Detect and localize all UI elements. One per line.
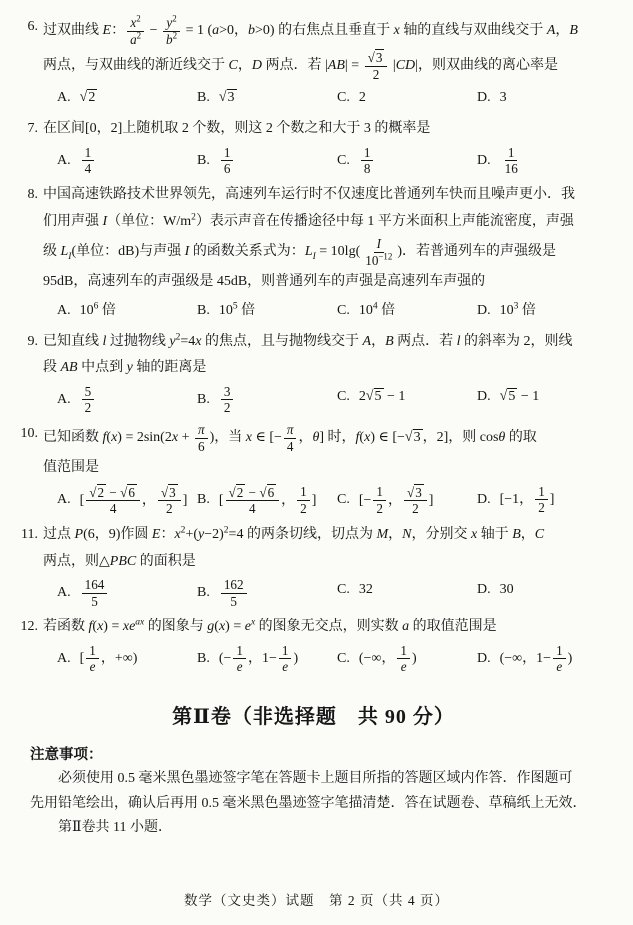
fraction: I10−12 xyxy=(362,236,395,268)
option: B.1625 xyxy=(197,576,337,610)
math-var: B xyxy=(512,527,521,542)
radical-sign: √ xyxy=(368,50,375,66)
math-var: θ xyxy=(498,430,505,445)
option: C.18 xyxy=(337,144,477,178)
option: C.[−12，√32] xyxy=(337,483,477,518)
fraction-numerator: 1 xyxy=(373,484,386,501)
question: 11.过点 P(6，9)作圆 E：x2+(y−2)2=4 的两条切线，切点为 M… xyxy=(10,522,617,610)
math-var: f xyxy=(356,430,360,445)
option-label: C. xyxy=(337,153,350,168)
math-var: N xyxy=(402,527,411,542)
radicand: 3 xyxy=(227,89,237,107)
fraction-numerator: 164 xyxy=(82,577,108,594)
superscript: 2 xyxy=(191,212,196,222)
fraction-denominator: 2 xyxy=(373,501,386,517)
question-number: 9. xyxy=(10,329,43,417)
option: B.[√2 − √64，12] xyxy=(197,483,337,518)
question-line: 中国高速铁路技术世界领先，高速列车运行时不仅速度比普通列车快而且噪声更小．我 xyxy=(43,182,617,209)
option-label: C. xyxy=(337,651,350,666)
fraction-numerator: √2 − √6 xyxy=(226,484,280,502)
radical-sign: √ xyxy=(500,382,508,411)
question-line: 95dB，高速列车的声强级是 45dB，则普通列车的声强是高速列车声强的 xyxy=(43,269,617,296)
option-label: D. xyxy=(477,582,491,597)
fraction: 32 xyxy=(221,384,234,416)
math-var: b xyxy=(166,32,173,47)
radical-sign: √ xyxy=(259,484,266,500)
radical-sign: √ xyxy=(229,484,236,500)
radicand: 5 xyxy=(374,388,384,406)
option-label: A. xyxy=(57,585,71,600)
fraction-denominator: e xyxy=(553,659,565,675)
math-var: I xyxy=(185,244,190,259)
option-label: D. xyxy=(477,90,491,105)
fraction-denominator: 4 xyxy=(284,439,297,455)
math-var: AB xyxy=(61,360,78,375)
math-var: ax xyxy=(135,617,144,627)
question-body: 在区间[0，2]上随机取 2 个数，则这 2 个数之和大于 3 的概率是A.14… xyxy=(43,116,617,178)
option: D.116 xyxy=(477,144,617,178)
question-number: 8. xyxy=(10,182,43,325)
option-label: B. xyxy=(197,392,210,407)
question-line: 段 AB 中点到 y 轴的距离是 xyxy=(43,355,617,382)
option: D.103 倍 xyxy=(477,297,617,325)
exam-page: 6.过双曲线 E：x2a2 − y2b2 = 1 (a>0，b>0) 的右焦点且… xyxy=(0,0,633,925)
radicand: 2 xyxy=(87,89,97,107)
square-root: √6 xyxy=(259,484,276,501)
options-row: A.[1e，+∞)B.(−1e，1−1e)C.(−∞，1e)D.(−∞，1−1e… xyxy=(43,642,617,676)
square-root: √5 xyxy=(500,383,518,411)
option: C.(−∞，1e) xyxy=(337,642,477,676)
math-var: AB xyxy=(328,58,345,73)
math-var: C xyxy=(229,58,238,73)
radical-sign: √ xyxy=(366,382,374,411)
option-label: B. xyxy=(197,90,210,105)
fraction-numerator: π xyxy=(284,422,297,439)
math-var: x xyxy=(394,23,400,38)
option: A.1645 xyxy=(57,576,197,610)
fraction-numerator: 1 xyxy=(233,643,246,660)
question-number: 10. xyxy=(10,421,43,518)
fraction-numerator: 162 xyxy=(221,577,247,594)
fraction: 1e xyxy=(397,643,410,675)
option: D.√5 − 1 xyxy=(477,383,617,417)
option: C.2 xyxy=(337,84,477,112)
option: C.2√5 − 1 xyxy=(337,383,477,417)
math-var: E xyxy=(103,23,112,38)
fraction-numerator: 1 xyxy=(505,145,518,162)
fraction: π4 xyxy=(284,422,297,454)
question-line: 过点 P(6，9)作圆 E：x2+(y−2)2=4 的两条切线，切点为 M，N，… xyxy=(43,522,617,549)
option: A.106 倍 xyxy=(57,297,197,325)
superscript: 2 xyxy=(137,30,141,40)
radicand: 2 xyxy=(97,484,107,501)
option: B.√3 xyxy=(197,84,337,112)
superscript: 2 xyxy=(181,525,186,535)
option-label: B. xyxy=(197,153,210,168)
math-var: b xyxy=(248,23,255,38)
fraction-denominator: 2 xyxy=(82,400,95,416)
superscript: 5 xyxy=(233,301,238,311)
square-root: √5 xyxy=(366,383,384,411)
superscript: 2 xyxy=(176,332,181,342)
option: A.√2 xyxy=(57,84,197,112)
fraction-numerator: 1 xyxy=(397,643,410,660)
question-body: 过点 P(6，9)作圆 E：x2+(y−2)2=4 的两条切线，切点为 M，N，… xyxy=(43,522,617,610)
math-var: x xyxy=(219,619,225,634)
option: A.[1e，+∞) xyxy=(57,642,197,676)
radical-sign: √ xyxy=(161,484,168,500)
math-var: π xyxy=(287,422,294,437)
fraction-denominator: 2 xyxy=(297,501,310,517)
math-var: x xyxy=(471,527,477,542)
fraction-numerator: x2 xyxy=(127,15,143,32)
radicand: 3 xyxy=(375,49,385,66)
notices: 注意事项： 必须使用 0.5 毫米黑色墨迹签字笔在答题卡上题目所指的答题区域内作… xyxy=(10,743,617,841)
math-var: E xyxy=(152,527,161,542)
square-root: √3 xyxy=(405,425,423,452)
question: 7.在区间[0，2]上随机取 2 个数，则这 2 个数之和大于 3 的概率是A.… xyxy=(10,116,617,178)
fraction-numerator: 1 xyxy=(535,484,548,501)
math-var: e xyxy=(556,659,562,674)
option-label: C. xyxy=(337,389,350,404)
square-root: √6 xyxy=(120,484,137,501)
superscript: 2 xyxy=(136,14,140,24)
fraction-numerator: 1 xyxy=(361,145,374,162)
superscript: x xyxy=(251,617,255,627)
fraction-numerator: 1 xyxy=(86,643,99,660)
radicand: 3 xyxy=(413,429,423,447)
fraction-denominator: 5 xyxy=(227,594,240,610)
radical-sign: √ xyxy=(407,484,414,500)
math-var: e xyxy=(90,659,96,674)
math-var: P xyxy=(75,527,84,542)
superscript: −12 xyxy=(378,251,392,261)
fraction-denominator: 8 xyxy=(361,161,374,177)
math-var: θ xyxy=(312,430,319,445)
fraction-denominator: 16 xyxy=(502,161,521,177)
option-label: B. xyxy=(197,585,210,600)
square-root: √2 xyxy=(89,484,106,501)
radicand: 2 xyxy=(236,484,246,501)
fraction-denominator: e xyxy=(87,659,99,675)
radicand: 3 xyxy=(168,484,178,501)
fraction-denominator: 2 xyxy=(370,67,383,83)
fraction: π6 xyxy=(195,422,208,454)
fraction-denominator: 2 xyxy=(409,501,422,517)
math-var: f xyxy=(89,619,93,634)
fraction: 1e xyxy=(553,643,566,675)
math-var: B xyxy=(385,334,394,349)
subscript: I xyxy=(68,252,71,262)
math-var: x xyxy=(111,430,117,445)
fraction: 1625 xyxy=(221,577,247,609)
radical-sign: √ xyxy=(405,425,413,453)
square-root: √3 xyxy=(161,484,178,501)
math-var: x xyxy=(97,619,103,634)
option-label: A. xyxy=(57,492,71,507)
options-row: A.52B.32C.2√5 − 1D.√5 − 1 xyxy=(43,383,617,417)
math-var: e xyxy=(282,659,288,674)
fraction: √32 xyxy=(365,49,388,82)
fraction-denominator: 2 xyxy=(221,400,234,416)
square-root: √2 xyxy=(80,84,98,112)
math-var: x xyxy=(251,617,255,627)
option-label: A. xyxy=(57,303,71,318)
radical-sign: √ xyxy=(219,84,227,113)
options-row: A.[√2 − √64，√32]B.[√2 − √64，12]C.[−12，√3… xyxy=(43,483,617,518)
notice-title: 注意事项： xyxy=(30,743,611,768)
math-var: x xyxy=(364,430,370,445)
fraction: 12 xyxy=(297,484,310,516)
fraction: 1e xyxy=(233,643,246,675)
math-var: a xyxy=(130,32,137,47)
question: 10.已知函数 f(x) = 2sin(2x + π6)，当 x ∈ [−π4，… xyxy=(10,421,617,518)
question-number: 6. xyxy=(10,14,43,112)
fraction: √2 − √64 xyxy=(226,484,280,517)
math-var: C xyxy=(535,527,544,542)
notice-line: 第Ⅱ卷共 11 小题． xyxy=(30,816,611,841)
fraction: √2 − √64 xyxy=(86,484,140,517)
math-var: M xyxy=(376,527,388,542)
fraction-numerator: 3 xyxy=(221,384,234,401)
math-var: y xyxy=(127,360,133,375)
fraction: 116 xyxy=(502,145,521,177)
options-row: A.14B.16C.18D.116 xyxy=(43,144,617,178)
question-number: 7. xyxy=(10,116,43,178)
math-var: B xyxy=(569,23,578,38)
math-var: x xyxy=(246,430,252,445)
fraction-denominator: e xyxy=(234,659,246,675)
fraction-numerator: √3 xyxy=(404,484,427,502)
fraction-numerator: √3 xyxy=(365,49,388,67)
math-var: I xyxy=(377,236,381,251)
question-line: 在区间[0，2]上随机取 2 个数，则这 2 个数之和大于 3 的概率是 xyxy=(43,116,617,143)
superscript: 3 xyxy=(514,301,519,311)
fraction-numerator: I xyxy=(374,236,384,253)
question-number: 12. xyxy=(10,614,43,676)
option: C.104 倍 xyxy=(337,297,477,325)
math-var: x xyxy=(195,334,201,349)
option: B.16 xyxy=(197,144,337,178)
fraction-numerator: 1 xyxy=(221,145,234,162)
square-root: √3 xyxy=(368,49,385,66)
radical-sign: √ xyxy=(80,84,88,113)
option: B.32 xyxy=(197,383,337,417)
option-label: A. xyxy=(57,392,71,407)
fraction-denominator: 6 xyxy=(221,161,234,177)
fraction-numerator: √3 xyxy=(158,484,181,502)
option-label: A. xyxy=(57,90,71,105)
fraction-denominator: 2 xyxy=(163,501,176,517)
fraction-denominator: 2 xyxy=(535,500,548,516)
square-root: √2 xyxy=(229,484,246,501)
fraction-denominator: 5 xyxy=(88,594,101,610)
options-row: A.√2B.√3C.2D.3 xyxy=(43,84,617,112)
fraction: √32 xyxy=(158,484,181,517)
option: B.105 倍 xyxy=(197,297,337,325)
superscript: 2 xyxy=(173,30,177,40)
fraction-numerator: 1 xyxy=(297,484,310,501)
fraction: 1e xyxy=(279,643,292,675)
math-var: x xyxy=(172,430,178,445)
fraction-numerator: y2 xyxy=(163,15,179,32)
superscript: 2 xyxy=(172,14,176,24)
superscript: 4 xyxy=(373,301,378,311)
question-line: 若函数 f(x) = xeax 的图象与 g(x) = ex 的图象无交点，则实… xyxy=(43,614,617,641)
question-line: 级 LI(单位：dB)与声强 I 的函数关系式为：LI = 10lg(I10−1… xyxy=(43,235,617,269)
radical-sign: √ xyxy=(120,484,127,500)
math-var: A xyxy=(547,23,556,38)
fraction-denominator: 4 xyxy=(82,161,95,177)
option-label: B. xyxy=(197,651,210,666)
option-label: C. xyxy=(337,90,350,105)
option: B.(−1e，1−1e) xyxy=(197,642,337,676)
radicand: 3 xyxy=(414,484,424,501)
question: 12.若函数 f(x) = xeax 的图象与 g(x) = ex 的图象无交点… xyxy=(10,614,617,676)
math-var: I xyxy=(103,214,108,229)
questions: 6.过双曲线 E：x2a2 − y2b2 = 1 (a>0，b>0) 的右焦点且… xyxy=(10,14,617,676)
option-label: C. xyxy=(337,492,350,507)
fraction-numerator: 5 xyxy=(82,384,95,401)
option-label: D. xyxy=(477,303,491,318)
question-line: 过双曲线 E：x2a2 − y2b2 = 1 (a>0，b>0) 的右焦点且垂直… xyxy=(43,14,617,48)
fraction-numerator: √2 − √6 xyxy=(86,484,140,502)
question-body: 过双曲线 E：x2a2 − y2b2 = 1 (a>0，b>0) 的右焦点且垂直… xyxy=(43,14,617,112)
math-var: l xyxy=(457,334,461,349)
fraction: 52 xyxy=(82,384,95,416)
question-body: 已知直线 l 过抛物线 y2=4x 的焦点，且与抛物线交于 A，B 两点．若 l… xyxy=(43,329,617,417)
notice-line: 先用铅笔绘出，确认后再用 0.5 毫米黑色墨迹签字笔描清楚．答在试题卷、草稿纸上… xyxy=(30,792,611,817)
fraction: x2a2 xyxy=(127,15,144,47)
notice-line: 必须使用 0.5 毫米黑色墨迹签字笔在答题卡上题目所指的答题区域内作答．作图题可 xyxy=(30,767,611,792)
math-var: I xyxy=(313,252,316,262)
question-line: 们用声强 I（单位：W/m2）表示声音在传播途径中每 1 平方米面积上声能流密度… xyxy=(43,209,617,236)
superscript: 2 xyxy=(224,525,229,535)
math-var: y xyxy=(198,527,204,542)
radicand: 5 xyxy=(507,388,517,406)
fraction: 18 xyxy=(361,145,374,177)
fraction-numerator: 1 xyxy=(82,145,95,162)
question-line: 已知直线 l 过抛物线 y2=4x 的焦点，且与抛物线交于 A，B 两点．若 l… xyxy=(43,329,617,356)
option: D.[−1，12] xyxy=(477,483,617,518)
question-body: 中国高速铁路技术世界领先，高速列车运行时不仅速度比普通列车快而且噪声更小．我们用… xyxy=(43,182,617,325)
option: D.30 xyxy=(477,576,617,610)
question-line: 两点，则△PBC 的面积是 xyxy=(43,549,617,576)
math-var: e xyxy=(401,659,407,674)
fraction: √32 xyxy=(404,484,427,517)
notice-lines: 必须使用 0.5 毫米黑色墨迹签字笔在答题卡上题目所指的答题区域内作答．作图题可… xyxy=(30,767,611,841)
square-root: √3 xyxy=(219,84,237,112)
option-label: C. xyxy=(337,582,350,597)
math-var: π xyxy=(198,422,205,437)
fraction-denominator: 4 xyxy=(107,501,120,517)
fraction-denominator: e xyxy=(398,659,410,675)
question: 6.过双曲线 E：x2a2 − y2b2 = 1 (a>0，b>0) 的右焦点且… xyxy=(10,14,617,112)
math-var: CD xyxy=(396,58,415,73)
options-row: A.106 倍B.105 倍C.104 倍D.103 倍 xyxy=(43,297,617,325)
options-row: A.1645B.1625C.32D.30 xyxy=(43,576,617,610)
option-label: D. xyxy=(477,651,491,666)
fraction: 12 xyxy=(535,484,548,516)
subscript: I xyxy=(313,252,316,262)
math-var: PBC xyxy=(110,554,136,569)
math-var: g xyxy=(207,619,214,634)
math-var: f xyxy=(103,430,107,445)
fraction: y2b2 xyxy=(163,15,180,47)
fraction-numerator: 1 xyxy=(279,643,292,660)
fraction-denominator: 10−12 xyxy=(362,253,395,269)
fraction: 16 xyxy=(221,145,234,177)
option: A.14 xyxy=(57,144,197,178)
option-label: D. xyxy=(477,492,491,507)
question-number: 11. xyxy=(10,522,43,610)
option: C.32 xyxy=(337,576,477,610)
math-var: a xyxy=(402,619,409,634)
radical-sign: √ xyxy=(89,484,96,500)
math-var: a xyxy=(212,23,219,38)
question: 9.已知直线 l 过抛物线 y2=4x 的焦点，且与抛物线交于 A，B 两点．若… xyxy=(10,329,617,417)
option-label: A. xyxy=(57,651,71,666)
radicand: 6 xyxy=(127,484,137,501)
fraction-denominator: 6 xyxy=(195,439,208,455)
fraction-numerator: 1 xyxy=(553,643,566,660)
fraction-denominator: e xyxy=(279,659,291,675)
fraction: 14 xyxy=(82,145,95,177)
fraction: 12 xyxy=(373,484,386,516)
math-var: e xyxy=(237,659,243,674)
fraction: 1645 xyxy=(82,577,108,609)
option: D.3 xyxy=(477,84,617,112)
superscript: ax xyxy=(135,617,144,627)
question-line: 值范围是 xyxy=(43,455,617,482)
option-label: A. xyxy=(57,153,71,168)
option: D.(−∞，1−1e) xyxy=(477,642,617,676)
fraction: 1e xyxy=(86,643,99,675)
radicand: 6 xyxy=(267,484,277,501)
option-label: D. xyxy=(477,153,491,168)
option-label: D. xyxy=(477,389,491,404)
fraction-denominator: 4 xyxy=(246,501,259,517)
fraction-denominator: a2 xyxy=(127,32,144,48)
question-line: 两点，与双曲线的渐近线交于 C，D 两点．若 |AB| = √32 |CD|，则… xyxy=(43,48,617,83)
math-var: D xyxy=(252,58,262,73)
option-label: C. xyxy=(337,303,350,318)
option-label: B. xyxy=(197,303,210,318)
question-body: 已知函数 f(x) = 2sin(2x + π6)，当 x ∈ [−π4，θ] … xyxy=(43,421,617,518)
math-var: I xyxy=(68,252,71,262)
option: A.52 xyxy=(57,383,197,417)
math-var: A xyxy=(363,334,372,349)
math-var: l xyxy=(103,334,107,349)
question-line: 已知函数 f(x) = 2sin(2x + π6)，当 x ∈ [−π4，θ] … xyxy=(43,421,617,455)
question: 8.中国高速铁路技术世界领先，高速列车运行时不仅速度比普通列车快而且噪声更小．我… xyxy=(10,182,617,325)
question-body: 若函数 f(x) = xeax 的图象与 g(x) = ex 的图象无交点，则实… xyxy=(43,614,617,676)
section-title: 第Ⅱ卷（非选择题 共 90 分） xyxy=(10,700,617,729)
superscript: 6 xyxy=(94,301,99,311)
fraction-denominator: b2 xyxy=(163,32,180,48)
option: A.[√2 − √64，√32] xyxy=(57,483,197,518)
option-label: B. xyxy=(197,492,210,507)
math-var: L xyxy=(305,244,313,259)
square-root: √3 xyxy=(407,484,424,501)
fraction-numerator: π xyxy=(195,422,208,439)
page-footer: 数学（文史类）试题 第 2 页（共 4 页） xyxy=(0,889,633,909)
